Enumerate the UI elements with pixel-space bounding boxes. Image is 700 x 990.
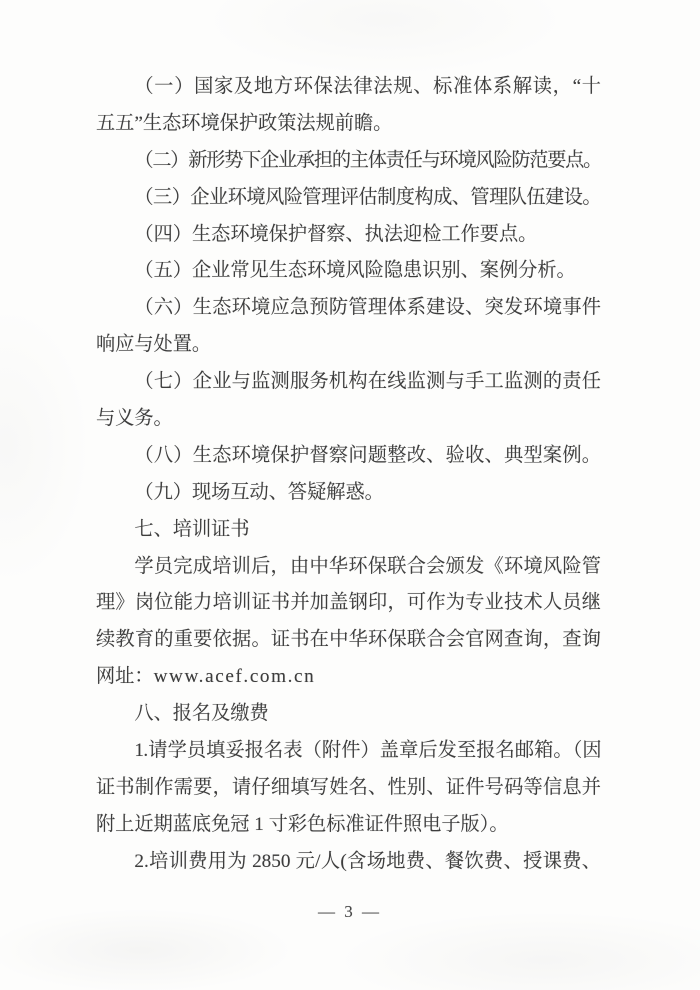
- text-line: 1.请学员填妥报名表（附件）盖章后发至报名邮箱。（因: [96, 733, 601, 770]
- section-heading: 八、报名及缴费: [96, 696, 601, 733]
- text-line: 证书制作需要，请仔细填写姓名、性别、证件号码等信息并: [96, 770, 601, 807]
- text-line: （八）生态环境保护督察问题整改、验收、典型案例。: [96, 438, 601, 475]
- course-topic-2: （二）新形势下企业承担的主体责任与环境风险防范要点。: [96, 143, 601, 180]
- course-topic-1: （一）国家及地方环保法律法规、标准体系解读，“十 五五”生态环境保护政策法规前瞻…: [96, 69, 601, 143]
- course-topic-6: （六）生态环境应急预防管理体系建设、突发环境事件 响应与处置。: [96, 290, 601, 364]
- text-line: 理》岗位能力培训证书并加盖钢印，可作为专业技术人员继: [96, 585, 601, 622]
- text-line: 网址：www.acef.com.cn: [96, 659, 601, 696]
- text-line: 响应与处置。: [96, 327, 601, 364]
- section-heading: 七、培训证书: [96, 512, 601, 549]
- text-line: （五）企业常见生态环境风险隐患识别、案例分析。: [96, 253, 601, 290]
- text-line: 2.培训费用为 2850 元/人(含场地费、餐饮费、授课费、: [96, 844, 601, 881]
- registration-instructions: 1.请学员填妥报名表（附件）盖章后发至报名邮箱。（因 证书制作需要，请仔细填写姓…: [96, 733, 601, 844]
- text-line: （三）企业环境风险管理评估制度构成、管理队伍建设。: [96, 180, 601, 217]
- section-heading-registration-payment: 八、报名及缴费: [96, 696, 601, 733]
- course-topic-9: （九）现场互动、答疑解惑。: [96, 475, 601, 512]
- text-line: （四）生态环境保护督察、执法迎检工作要点。: [96, 217, 601, 254]
- text-line: 与义务。: [96, 401, 601, 438]
- text-line: （六）生态环境应急预防管理体系建设、突发环境事件: [96, 290, 601, 327]
- course-topic-7: （七）企业与监测服务机构在线监测与手工监测的责任 与义务。: [96, 364, 601, 438]
- text-line: 续教育的重要依据。证书在中华环保联合会官网查询，查询: [96, 622, 601, 659]
- course-topic-3: （三）企业环境风险管理评估制度构成、管理队伍建设。: [96, 180, 601, 217]
- page-number: — 3 —: [96, 902, 601, 922]
- text-line: （九）现场互动、答疑解惑。: [96, 475, 601, 512]
- certificate-query-url: www.acef.com.cn: [154, 666, 316, 687]
- text-line: （七）企业与监测服务机构在线监测与手工监测的责任: [96, 364, 601, 401]
- document-page: （一）国家及地方环保法律法规、标准体系解读，“十 五五”生态环境保护政策法规前瞻…: [0, 0, 700, 990]
- course-topic-4: （四）生态环境保护督察、执法迎检工作要点。: [96, 217, 601, 254]
- text-line: 五五”生态环境保护政策法规前瞻。: [96, 106, 601, 143]
- text-line: 学员完成培训后，由中华环保联合会颁发《环境风险管: [96, 549, 601, 586]
- certificate-description: 学员完成培训后，由中华环保联合会颁发《环境风险管 理》岗位能力培训证书并加盖钢印…: [96, 549, 601, 697]
- course-topic-8: （八）生态环境保护督察问题整改、验收、典型案例。: [96, 438, 601, 475]
- url-label: 网址：: [96, 666, 154, 687]
- training-fee: 2.培训费用为 2850 元/人(含场地费、餐饮费、授课费、: [96, 844, 601, 881]
- text-line: （二）新形势下企业承担的主体责任与环境风险防范要点。: [96, 143, 601, 180]
- section-heading-training-certificate: 七、培训证书: [96, 512, 601, 549]
- text-line: （一）国家及地方环保法律法规、标准体系解读，“十: [96, 69, 601, 106]
- course-topic-5: （五）企业常见生态环境风险隐患识别、案例分析。: [96, 253, 601, 290]
- document-body: （一）国家及地方环保法律法规、标准体系解读，“十 五五”生态环境保护政策法规前瞻…: [96, 69, 601, 881]
- text-line: 附上近期蓝底免冠 1 寸彩色标准证件照电子版）。: [96, 807, 601, 844]
